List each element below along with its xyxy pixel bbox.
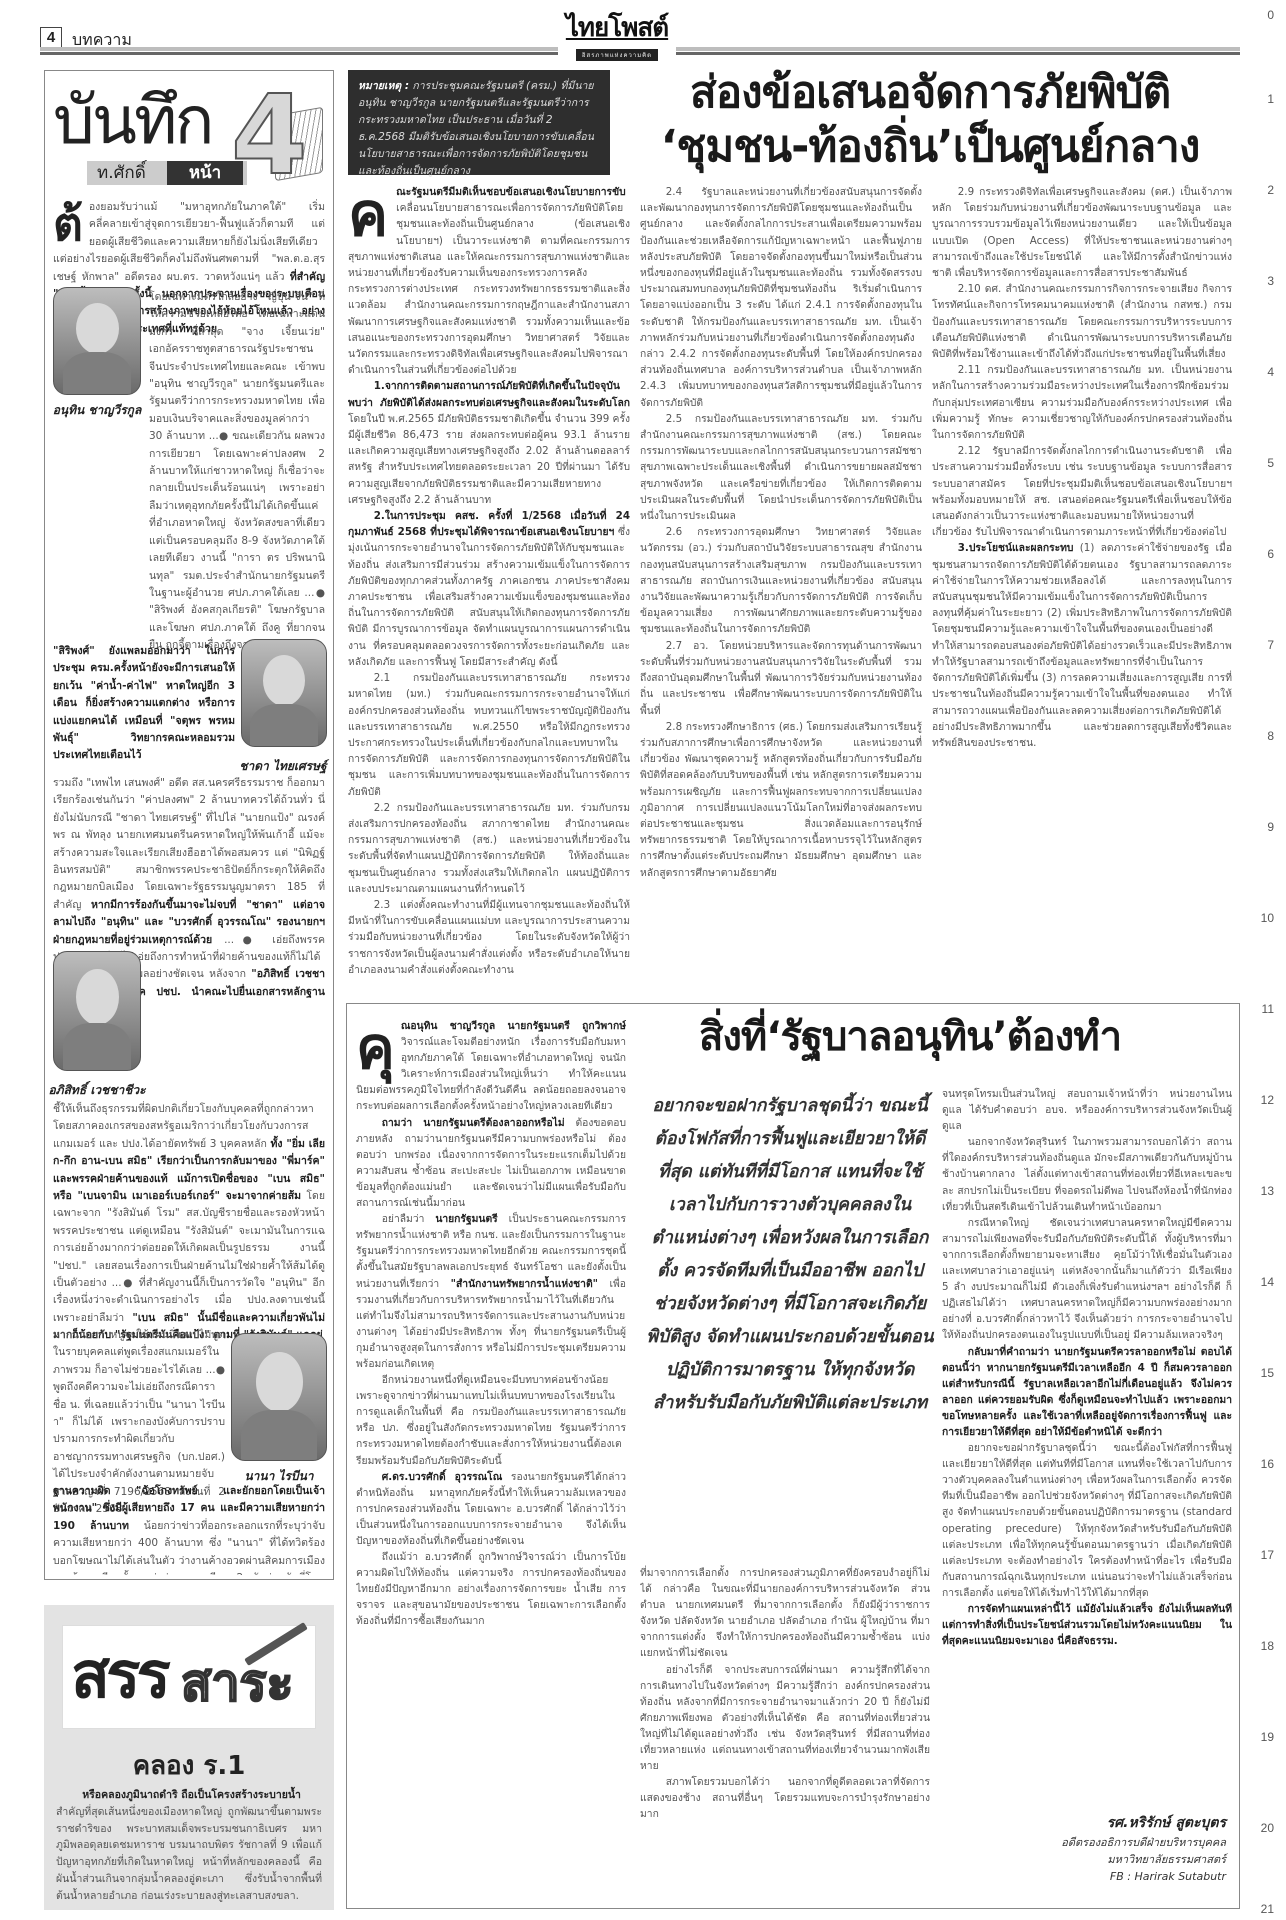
- ruler-mark: 16: [1261, 1457, 1274, 1471]
- note-text: การประชุมคณะรัฐมนตรี (ครม.) ที่มีนายอนุท…: [358, 80, 594, 177]
- ruler-mark: 17: [1261, 1548, 1274, 1562]
- column-para2: โดยเฉพาะมิตรใกล้อย่าง "ญี่ปุ่น-จีน" ที่ใ…: [149, 289, 325, 655]
- article1-column-3: 2.9 กระทรวงดิจิทัลเพื่อเศรษฐกิจและสังคม …: [932, 184, 1232, 994]
- ruler-mark: 15: [1261, 1366, 1274, 1380]
- logo-wordmark: ไทยโพสต์: [558, 14, 676, 42]
- photo-caption: ชาดา ไทยเศรษฐ์: [235, 757, 331, 776]
- sara-logo-left: สรร: [71, 1634, 167, 1718]
- ruler-mark: 18: [1261, 1639, 1274, 1653]
- article2-column-3: จนทรุดโทรมเป็นส่วนใหญ่ สอบถามเจ้าหน้าที่…: [942, 1086, 1232, 1806]
- logo-tagline: อิสรภาพแห่งความคิด: [576, 49, 658, 61]
- note-label: หมายเหตุ :: [358, 80, 409, 92]
- column-box-bantuek-4: บันทึก ท.ศักดิ์ หน้า 4 ต้ องยอมรับว่าแม้…: [44, 70, 334, 1580]
- photo-anutin: [53, 287, 141, 395]
- dropcap: คุ: [356, 1018, 395, 1078]
- photo-chada: [241, 639, 327, 747]
- ruler-mark: 1: [1267, 92, 1274, 106]
- newspaper-logo: ไทยโพสต์ อิสรภาพแห่งความคิด: [558, 14, 676, 58]
- sara-title: คลอง ร.1: [44, 1745, 334, 1786]
- column-logo-title: บันทึก: [53, 81, 211, 161]
- ruler-mark: 5: [1267, 456, 1274, 470]
- ruler-mark: 7: [1267, 638, 1274, 652]
- column-author: ท.ศักดิ์: [97, 161, 146, 185]
- srr-sara-logo: สรร สาระ: [62, 1625, 316, 1729]
- article2-column-1: คุ ณอนุทิน ชาญวีรกูล นายกรัฐมนตรี ถูกวิพ…: [356, 1018, 626, 1900]
- photo-caption: อนุทิน ชาญวีรกูล: [49, 401, 145, 420]
- ruler-mark: 11: [1262, 1002, 1274, 1016]
- article2-column-2: ที่มาจากการเลือกตั้ง การปกครองส่วนภูมิภา…: [640, 1565, 930, 1900]
- ruler-mark: 6: [1267, 547, 1274, 561]
- ruler-mark: 13: [1261, 1184, 1274, 1198]
- article1-column-1: ค ณะรัฐมนตรีมีมติเห็นชอบข้อเสนอเชิงนโยบา…: [348, 184, 630, 994]
- ruler-mark: 21: [1261, 1902, 1274, 1916]
- sara-logo-right: สาระ: [181, 1648, 293, 1718]
- ruler-mark: 3: [1267, 274, 1274, 288]
- author-facebook: FB : Harirak Sutabutr: [960, 1868, 1226, 1885]
- ruler-mark: 4: [1267, 365, 1274, 379]
- dropcap: ค: [348, 184, 388, 246]
- sara-body: หรือคลองภูมินาถดำริ ถือเป็นโครงสร้างระบา…: [56, 1787, 322, 1905]
- ruler-mark: 10: [1261, 911, 1274, 925]
- author-name: รศ.หริรักษ์ สูตะบุตร: [960, 1812, 1226, 1834]
- article1-headline: ส่องข้อเสนอจัดการภัยพิบัติ ‘ชุมชน-ท้องถิ…: [620, 66, 1240, 174]
- ruler-mark: 8: [1267, 729, 1274, 743]
- srr-sara-box: สรร สาระ คลอง ร.1 หรือคลองภูมินาถดำริ ถื…: [44, 1605, 334, 1910]
- photo-abhisit: [53, 951, 141, 1071]
- photo-caption: อภิสิทธิ์ เวชชาชีวะ: [47, 1081, 147, 1100]
- article1-column-2: 2.4 รัฐบาลและหน่วยงานที่เกี่ยวข้องสนับสน…: [640, 184, 922, 994]
- ruler-mark: 20: [1261, 1821, 1274, 1835]
- ruler-mark: 14: [1261, 1275, 1274, 1289]
- column-para7b: ฐานความผิด "ฉ้อโกงทรัพย์ และยักยอกโดยเป็…: [53, 1483, 325, 1575]
- pull-quote: อยากจะขอฝากรัฐบาลชุดนี้ว่า ขณะนี้ต้องโฟก…: [645, 1090, 935, 1420]
- ruler-mark: 12: [1261, 1093, 1274, 1107]
- ruler-mark: 9: [1267, 820, 1274, 834]
- ruler-mark: 19: [1261, 1730, 1274, 1744]
- column-para3: "สิริพงศ์" ยังแพลมออกมาว่า ในการประชุม ค…: [53, 643, 235, 765]
- column-logo-number: 4: [231, 75, 308, 195]
- ruler-mark: 0: [1267, 8, 1274, 22]
- photo-nana: [231, 1333, 327, 1461]
- author-byline: รศ.หริรักษ์ สูตะบุตร อดีตรองอธิการบดีฝ่า…: [960, 1812, 1226, 1885]
- ruler-mark: 2: [1267, 183, 1274, 197]
- page-ruler: 0 1 2 3 4 5 6 7 8 9 10 11 12 13 14 15 16…: [1244, 0, 1286, 1920]
- article2-headline: สิ่งที่‘รัฐบาลอนุทิน’ต้องทำ: [600, 1012, 1220, 1062]
- editor-note: หมายเหตุ : การประชุมคณะรัฐมนตรี (ครม.) ท…: [348, 70, 610, 175]
- column-para5: ชี้ให้เห็นถึงธุรกรรมที่ผิดปกติเกี่ยวโยงก…: [53, 1101, 325, 1345]
- dropcap: ต้: [53, 199, 83, 249]
- author-title: อดีตรองอธิการบดีฝ่ายบริหารบุคคล: [960, 1834, 1226, 1851]
- column-logo: บันทึก ท.ศักดิ์ หน้า 4: [53, 81, 323, 191]
- author-org: มหาวิทยาลัยธรรมศาสตร์: [960, 1851, 1226, 1868]
- page-number: 4: [40, 27, 62, 49]
